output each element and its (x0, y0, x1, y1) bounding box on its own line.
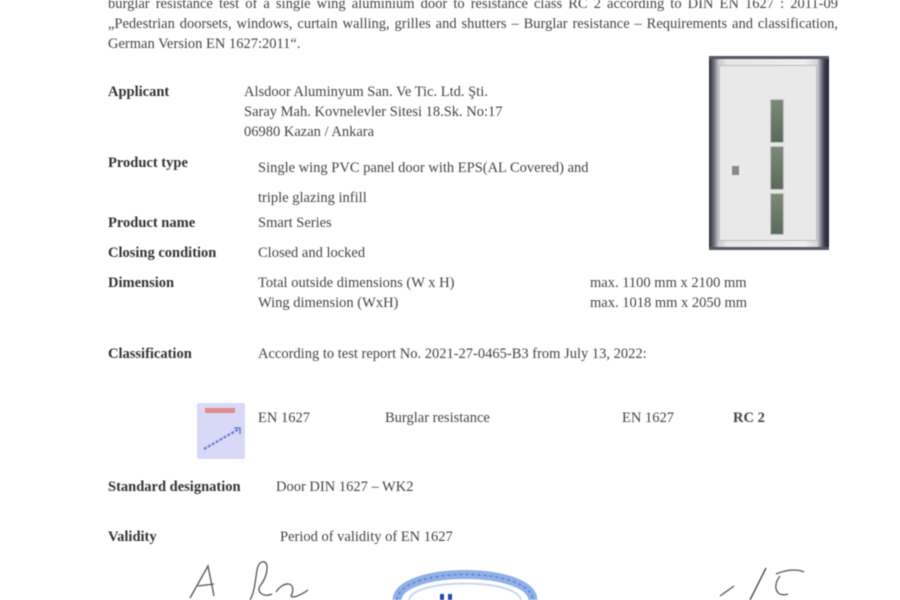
door-handle (732, 166, 739, 175)
door-glass-3 (770, 193, 784, 235)
door-glass-2 (770, 146, 784, 190)
validity-value: Period of validity of EN 1627 (280, 527, 453, 547)
product-type-line-1: Single wing PVC panel door with EPS(AL C… (258, 153, 589, 183)
standard-designation-value: Door DIN 1627 – WK2 (276, 477, 413, 497)
applicant-line-2: Saray Mah. Kovnelevler Sitesi 18.Sk. No:… (244, 102, 503, 122)
signature-right (700, 556, 820, 600)
official-stamp (385, 556, 545, 600)
door-glass-1 (770, 99, 784, 143)
resistance-class-chart-icon (197, 403, 245, 459)
classification-class: RC 2 (733, 408, 765, 428)
rising-line-icon (197, 403, 245, 459)
signature-left (180, 556, 340, 600)
standard-designation-label: Standard designation (108, 479, 241, 496)
product-type-label: Product type (108, 155, 188, 172)
classification-property: Burglar resistance (385, 408, 490, 428)
validity-label: Validity (108, 529, 157, 546)
dimension-row-2-value: max. 1018 mm x 2050 mm (590, 293, 747, 313)
product-type-line-2: triple glazing infill (258, 183, 589, 213)
dimension-row-1-value: max. 1100 mm x 2100 mm (590, 273, 747, 293)
applicant-line-1: Alsdoor Aluminyum San. Ve Tic. Ltd. Şti. (244, 82, 503, 102)
door-photo (709, 56, 829, 250)
product-name-value: Smart Series (258, 213, 332, 233)
closing-condition-value: Closed and locked (258, 243, 365, 263)
dimension-label: Dimension (108, 275, 174, 292)
classification-text: According to test report No. 2021-27-046… (258, 344, 647, 364)
applicant-line-3: 06980 Kazan / Ankara (244, 122, 503, 142)
applicant-value: Alsdoor Aluminyum San. Ve Tic. Ltd. Şti.… (244, 82, 503, 142)
dimension-row-2-name: Wing dimension (WxH) (258, 293, 398, 313)
product-name-label: Product name (108, 215, 195, 232)
intro-paragraph: burglar resistance test of a single wing… (108, 0, 838, 54)
closing-condition-label: Closing condition (108, 245, 216, 262)
door-panel (719, 65, 817, 241)
product-type-value: Single wing PVC panel door with EPS(AL C… (258, 153, 589, 213)
classification-standard-2: EN 1627 (622, 408, 674, 428)
applicant-label: Applicant (108, 84, 169, 101)
dimension-row-1-name: Total outside dimensions (W x H) (258, 273, 454, 293)
classification-standard: EN 1627 (258, 408, 310, 428)
classification-label: Classification (108, 346, 192, 363)
